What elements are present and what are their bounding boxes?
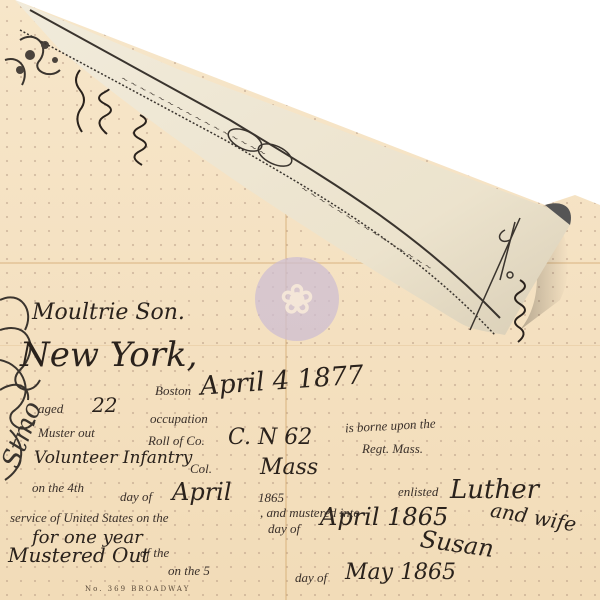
svg-text:~ ~ ~ ~ ~ ~ ~ ~ ~ ~ ~ ~ ~ ~ ~: ~ ~ ~ ~ ~ ~ ~ ~ ~ ~ ~ ~ ~ ~ ~ ~ <box>119 74 268 160</box>
svg-text:~ ~ ~ ~ ~ ~ ~ ~ ~ ~ ~ ~ ~ ~ ~: ~ ~ ~ ~ ~ ~ ~ ~ ~ ~ ~ ~ ~ ~ ~ <box>298 184 433 274</box>
curl-script-text: ~ ~ ~ ~ ~ ~ ~ ~ ~ ~ ~ ~ ~ ~ ~ ~ ~ ~ ~ ~ … <box>0 0 600 600</box>
scrapbook-paper-photo: Stmo ❀ Moultrie Son. New York, Boston Ap… <box>0 0 600 600</box>
